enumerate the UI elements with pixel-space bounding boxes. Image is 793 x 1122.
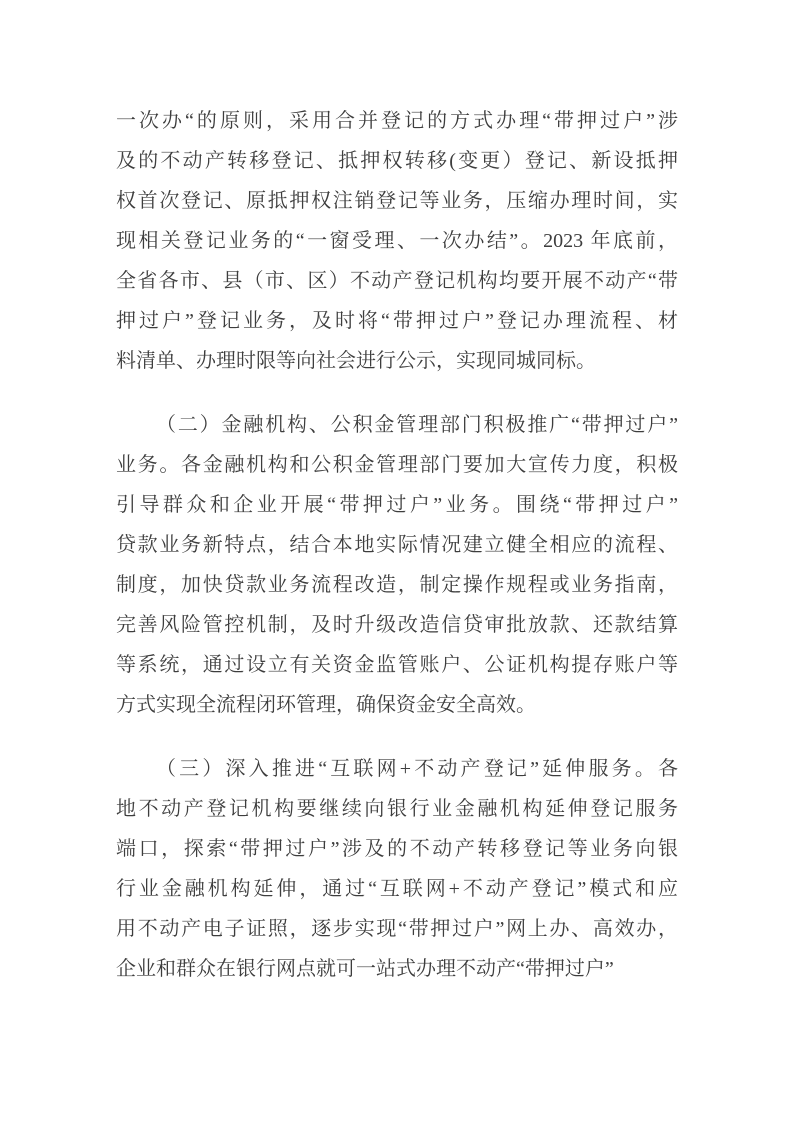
paragraph: （三）深入推进“互联网+不动产登记”延伸服务。各地不动产登记机构要继续向银行业金… [116, 749, 678, 989]
text-line: 贷款业务新特点，结合本地实际情况建立健全相应的流程、 [116, 525, 678, 565]
text-line: 完善风险管控机制，及时升级改造信贷审批放款、还款结算 [116, 605, 678, 645]
paragraph: 一次办“的原则，采用合并登记的方式办理“带押过户”涉及的不动产转移登记、抵押权转… [116, 101, 678, 381]
text-line: 一次办“的原则，采用合并登记的方式办理“带押过户”涉 [116, 101, 678, 141]
text-line: （三）深入推进“互联网+不动产登记”延伸服务。各 [116, 749, 678, 789]
text-line: 行业金融机构延伸，通过“互联网+不动产登记”模式和应 [116, 869, 678, 909]
text-line: 料清单、办理时限等向社会进行公示，实现同城同标。 [116, 341, 678, 381]
text-line: 全省各市、县（市、区）不动产登记机构均要开展不动产“带 [116, 261, 678, 301]
paragraph: （二）金融机构、公积金管理部门积极推广“带押过户”业务。各金融机构和公积金管理部… [116, 405, 678, 725]
text-line: 引导群众和企业开展“带押过户”业务。围绕“带押过户” [116, 485, 678, 525]
document-page: 一次办“的原则，采用合并登记的方式办理“带押过户”涉及的不动产转移登记、抵押权转… [0, 0, 793, 1122]
text-line: 权首次登记、原抵押权注销登记等业务，压缩办理时间，实 [116, 181, 678, 221]
text-line: 及的不动产转移登记、抵押权转移(变更）登记、新设抵押 [116, 141, 678, 181]
text-line: 现相关登记业务的“一窗受理、一次办结”。2023 年底前， [116, 221, 678, 261]
text-line: 方式实现全流程闭环管理，确保资金安全高效。 [116, 685, 678, 725]
text-line: 业务。各金融机构和公积金管理部门要加大宣传力度，积极 [116, 445, 678, 485]
text-line: （二）金融机构、公积金管理部门积极推广“带押过户” [116, 405, 678, 445]
text-line: 制度，加快贷款业务流程改造，制定操作规程或业务指南， [116, 565, 678, 605]
document-content: 一次办“的原则，采用合并登记的方式办理“带押过户”涉及的不动产转移登记、抵押权转… [116, 101, 678, 989]
text-line: 端口，探索“带押过户”涉及的不动产转移登记等业务向银 [116, 829, 678, 869]
text-line: 地不动产登记机构要继续向银行业金融机构延伸登记服务 [116, 789, 678, 829]
text-line: 等系统，通过设立有关资金监管账户、公证机构提存账户等 [116, 645, 678, 685]
text-line: 企业和群众在银行网点就可一站式办理不动产“带押过户” [116, 949, 678, 989]
text-line: 押过户”登记业务，及时将“带押过户”登记办理流程、材 [116, 301, 678, 341]
text-line: 用不动产电子证照，逐步实现“带押过户”网上办、高效办， [116, 909, 678, 949]
